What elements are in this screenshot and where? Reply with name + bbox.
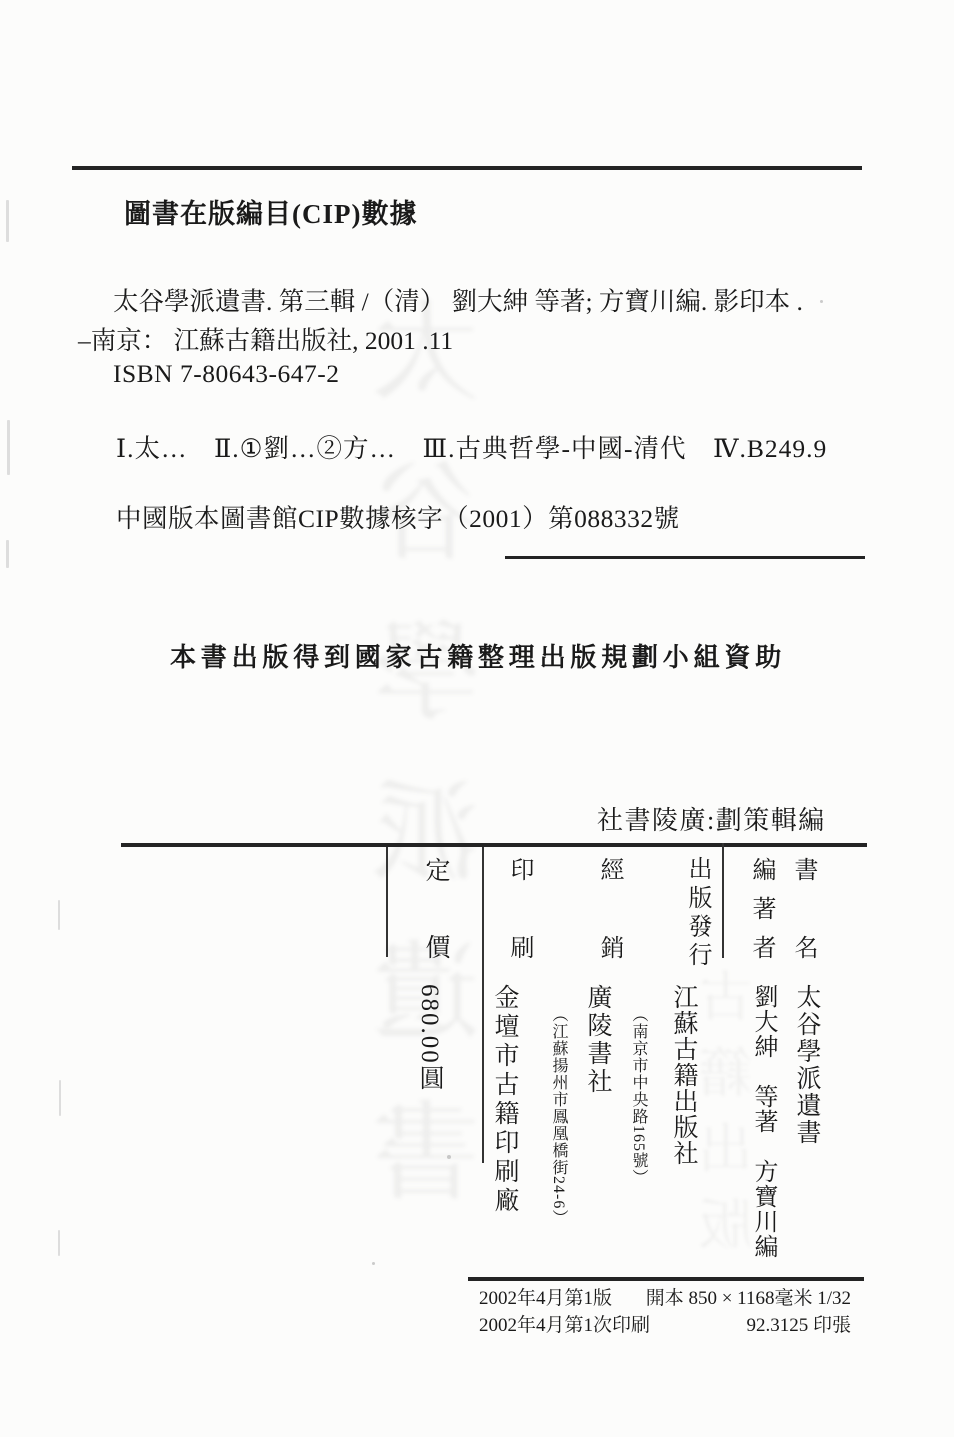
cip-entry-line-1: 太谷學派遺書. 第三輯 /（清） 劉大紳 等著; 方寶川編. 影印本 . xyxy=(113,282,803,318)
scan-artifact xyxy=(58,1230,60,1256)
scanned-copyright-page: 太谷學派遺書 古籍出版 圖書在版編目(CIP)數據 太谷學派遺書. 第三輯 /（… xyxy=(0,0,954,1437)
ghost-bleedthrough-secondary: 古籍出版 xyxy=(703,968,757,1272)
colophon-divider xyxy=(482,847,484,1163)
cip-box-bottom-rule xyxy=(505,556,865,559)
imprint-edition: 2002年4月第1版 xyxy=(479,1285,612,1312)
isbn-line: ISBN 7-80643-647-2 xyxy=(113,359,339,389)
col-book-title-value: 太谷學派遺書 xyxy=(794,984,819,1146)
imprint-row-2: 2002年4月第1次印刷 92.3125 印張 xyxy=(479,1312,851,1339)
col-publisher-address: （南京市中央路165號） xyxy=(630,1006,646,1186)
colophon-top-rule xyxy=(121,843,867,847)
classification-line: Ⅰ.太… Ⅱ.①劉…②方… Ⅲ.古典哲學-中國-清代 Ⅳ.B249.9 xyxy=(116,429,827,465)
cip-box-top-rule xyxy=(72,166,862,170)
col-distributor-address: （江蘇揚州市鳳凰橋街24-6） xyxy=(550,1006,566,1226)
imprint-block: 2002年4月第1版 開本 850 × 1168毫米 1/32 2002年4月第… xyxy=(479,1285,851,1339)
cip-heading: 圖書在版編目(CIP)數據 xyxy=(124,192,417,231)
scan-artifact xyxy=(6,540,9,568)
scan-speck xyxy=(820,300,823,303)
imprint-top-rule xyxy=(468,1277,864,1281)
scan-artifact xyxy=(7,420,10,475)
colophon-divider xyxy=(386,847,388,957)
cip-entry-line-2: –南京： 江蘇古籍出版社, 2001 .11 xyxy=(78,321,453,357)
imprint-printing: 2002年4月第1次印刷 xyxy=(479,1312,650,1339)
scan-artifact xyxy=(6,200,9,242)
imprint-row-1: 2002年4月第1版 開本 850 × 1168毫米 1/32 xyxy=(479,1285,851,1312)
scan-artifact xyxy=(58,900,60,930)
col-distributor-label: 經銷 xyxy=(597,857,621,959)
col-publisher-value: 江蘇古籍出版社 xyxy=(671,984,696,1166)
col-price-value: 680.00圓 xyxy=(417,984,442,1092)
production-credit-reversed: 社書陵廣:劃策輯編 xyxy=(597,800,826,837)
col-price-label: 定價 xyxy=(423,857,448,959)
col-book-title-label: 書名 xyxy=(791,857,815,959)
imprint-format: 開本 850 × 1168毫米 1/32 xyxy=(646,1285,851,1312)
col-authors-label: 編著者 xyxy=(749,857,773,959)
colophon-divider xyxy=(722,843,724,958)
imprint-sheets: 92.3125 印張 xyxy=(746,1312,851,1339)
col-distributor-value: 廣陵書社 xyxy=(585,984,610,1096)
scan-artifact xyxy=(59,1080,61,1116)
cip-record-number-line: 中國版本圖書館CIP數據核字（2001）第088332號 xyxy=(116,499,680,535)
col-publisher-label: 出版發行 xyxy=(685,856,709,966)
col-authors-value: 劉大紳 等著 方寶川編 xyxy=(751,984,775,1259)
col-printer-label: 印刷 xyxy=(507,857,531,959)
col-printer-value: 金壇市古籍印刷廠 xyxy=(492,984,517,1216)
funding-statement: 本書出版得到國家古籍整理出版規劃小組資助 xyxy=(170,637,786,674)
scan-speck xyxy=(447,1155,451,1159)
scan-speck xyxy=(372,1262,375,1265)
